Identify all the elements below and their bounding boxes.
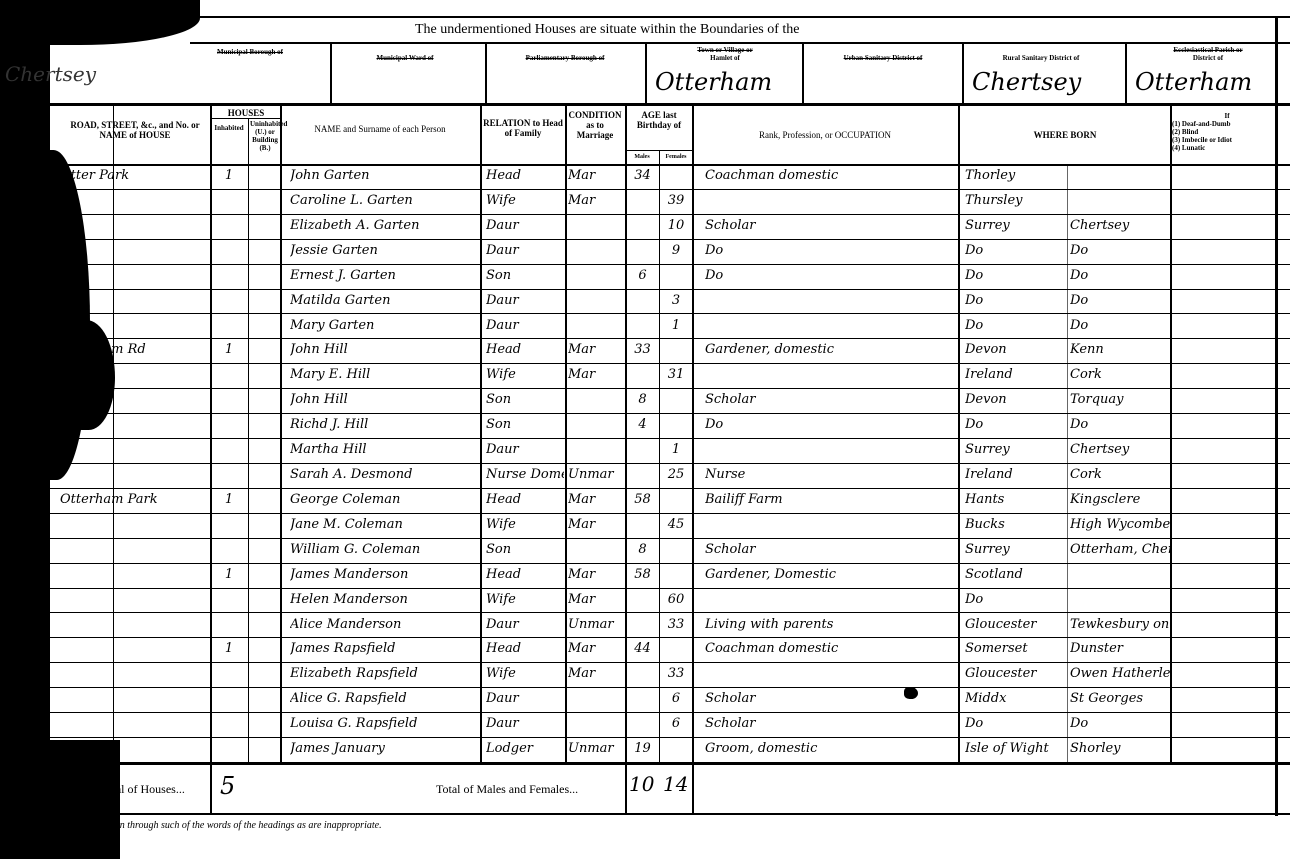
col-header-name: NAME and Surname of each Person [290,124,470,134]
census-rows: Otter Park 1 John Garten Head Mar 34 Coa… [0,165,1275,763]
inhabited-cell: 1 [212,339,246,361]
born-county-cell: Devon [965,339,1065,361]
female-age-cell: 45 [660,514,692,536]
census-row: 1 James Rapsfield Head Mar 44 Coachman d… [0,638,1275,663]
name-cell: Elizabeth Rapsfield [290,663,480,685]
occupation-cell: Scholar [705,389,955,411]
district-ecclesiastical-value: Otterham [1135,68,1285,96]
born-county-cell: Do [965,589,1065,611]
name-cell: John Garten [290,165,480,187]
name-cell: Louisa G. Rapsfield [290,713,480,735]
census-row: John Hill Son 8 Scholar Devon Torquay [0,389,1275,414]
female-age-cell: 6 [660,713,692,735]
occupation-cell: Coachman domestic [705,638,955,660]
born-county-cell: Thursley [965,190,1065,212]
name-cell: John Hill [290,389,480,411]
census-row: Otterham Rd 1 John Hill Head Mar 33 Gard… [0,339,1275,364]
occupation-cell: Scholar [705,215,955,237]
district-hamlet-value: Otterham [655,68,795,96]
female-age-cell: 60 [660,589,692,611]
road-cell: Otterham Rd [60,339,208,361]
inhabited-cell: 1 [212,489,246,511]
census-row: Louisa G. Rapsfield Daur 6 Scholar Do Do [0,713,1275,738]
district-civil-parish-label: Municipal Borough of [190,48,310,56]
census-row: Sarah A. Desmond Nurse Domestic Unmar 25… [0,464,1275,489]
born-parish-cell: Do [1070,265,1170,287]
born-county-cell: Ireland [965,464,1065,486]
born-county-cell: Gloucester [965,614,1065,636]
name-cell: Jane M. Coleman [290,514,480,536]
col-header-occupation: Rank, Profession, or OCCUPATION [700,130,950,140]
relation-cell: Wife [486,589,564,611]
census-row: Jessie Garten Daur 9 Do Do Do [0,240,1275,265]
born-county-cell: Isle of Wight [965,738,1065,760]
name-cell: Alice G. Rapsfield [290,688,480,710]
relation-cell: Wife [486,663,564,685]
col-header-uninhabited: Uninhabited (U.) or Building (B.) [250,120,280,152]
condition-cell: Mar [568,364,624,386]
born-county-cell: Scotland [965,564,1065,586]
col-header-road: ROAD, STREET, &c., and No. or NAME of HO… [60,120,210,140]
relation-cell: Daur [486,240,564,262]
born-county-cell: Do [965,240,1065,262]
occupation-cell: Do [705,414,955,436]
district-rural-sanitary-value: Chertsey [972,68,1102,96]
road-cell: Otterham Park [60,489,208,511]
census-row: Helen Manderson Wife Mar 60 Do [0,589,1275,614]
born-parish-cell: Torquay [1070,389,1170,411]
relation-cell: Head [486,165,564,187]
relation-cell: Son [486,265,564,287]
relation-cell: Son [486,389,564,411]
district-rural-sanitary-label: Rural Sanitary District of [966,54,1116,62]
occupation-cell: Coachman domestic [705,165,955,187]
female-age-cell: 25 [660,464,692,486]
census-row: James January Lodger Unmar 19 Groom, dom… [0,738,1275,763]
occupation-cell: Nurse [705,464,955,486]
col-header-age: AGE last Birthday of [628,110,690,130]
male-age-cell: 58 [626,489,659,511]
occupation-cell: Gardener, domestic [705,339,955,361]
district-hamlet-label: Town or Village or Hamlet of [650,46,800,62]
born-parish-cell: Otterham, Chertsey [1070,539,1170,561]
name-cell: Jessie Garten [290,240,480,262]
born-county-cell: Thorley [965,165,1065,187]
relation-cell: Daur [486,713,564,735]
census-row: Otterham Park 1 George Coleman Head Mar … [0,489,1275,514]
condition-cell: Mar [568,663,624,685]
female-age-cell: 3 [660,290,692,312]
relation-cell: Head [486,564,564,586]
condition-cell: Unmar [568,738,624,760]
born-county-cell: Do [965,290,1065,312]
condition-cell: Unmar [568,614,624,636]
condition-cell: Mar [568,514,624,536]
female-age-cell: 1 [660,439,692,461]
name-cell: Sarah A. Desmond [290,464,480,486]
census-row: Elizabeth Rapsfield Wife Mar 33 Gloucest… [0,663,1275,688]
born-county-cell: Somerset [965,638,1065,660]
born-county-cell: Middx [965,688,1065,710]
born-parish-cell: Do [1070,315,1170,337]
born-parish-cell: Kenn [1070,339,1170,361]
born-parish-cell: Do [1070,713,1170,735]
born-county-cell: Surrey [965,539,1065,561]
born-county-cell: Surrey [965,439,1065,461]
census-row: Ernest J. Garten Son 6 Do Do Do [0,265,1275,290]
census-row: 1 James Manderson Head Mar 58 Gardener, … [0,564,1275,589]
banner-title: The undermentioned Houses are situate wi… [415,22,915,38]
male-age-cell: 34 [626,165,659,187]
col-header-infirmity: If (1) Deaf-and-Dumb (2) Blind (3) Imbec… [1172,112,1282,152]
born-parish-cell: High Wycombe [1070,514,1170,536]
relation-cell: Son [486,414,564,436]
name-cell: James Manderson [290,564,480,586]
col-header-houses: HOUSES [212,108,280,118]
relation-cell: Son [486,539,564,561]
district-municipal-ward-label: Municipal Ward of [340,54,470,62]
damage-stain [0,0,200,45]
name-cell: Ernest J. Garten [290,265,480,287]
census-row: Elizabeth A. Garten Daur 10 Scholar Surr… [0,215,1275,240]
born-parish-cell: Cork [1070,364,1170,386]
census-row: Mary Garten Daur 1 Do Do [0,315,1275,340]
name-cell: Helen Manderson [290,589,480,611]
occupation-cell: Scholar [705,539,955,561]
male-age-cell: 8 [626,389,659,411]
born-county-cell: Do [965,713,1065,735]
female-age-cell: 33 [660,663,692,685]
relation-cell: Daur [486,315,564,337]
occupation-cell: Living with parents [705,614,955,636]
born-county-cell: Surrey [965,215,1065,237]
name-cell: William G. Coleman [290,539,480,561]
relation-cell: Head [486,489,564,511]
born-parish-cell: Chertsey [1070,215,1170,237]
born-parish-cell: Owen Hatherley [1070,663,1170,685]
condition-cell: Mar [568,564,624,586]
census-row: William G. Coleman Son 8 Scholar Surrey … [0,539,1275,564]
relation-cell: Daur [486,290,564,312]
condition-cell: Mar [568,190,624,212]
born-parish-cell: Chertsey [1070,439,1170,461]
census-page: The undermentioned Houses are situate wi… [0,0,1304,859]
male-age-cell: 19 [626,738,659,760]
census-row: Caroline L. Garten Wife Mar 39 Thursley [0,190,1275,215]
female-age-cell: 9 [660,240,692,262]
footer-note: Note.—Draw the pen through such of the w… [40,820,382,831]
born-parish-cell: Do [1070,290,1170,312]
col-header-relation: RELATION to Head of Family [482,118,564,138]
district-civil-parish-value: Chertsey [5,62,175,86]
born-county-cell: Bucks [965,514,1065,536]
relation-cell: Daur [486,688,564,710]
total-houses-label: Total of Houses... [100,782,185,797]
born-county-cell: Hants [965,489,1065,511]
total-males-value: 10 [629,772,654,796]
census-row: Alice G. Rapsfield Daur 6 Scholar Middx … [0,688,1275,713]
born-parish-cell: Do [1070,240,1170,262]
female-age-cell: 31 [660,364,692,386]
name-cell: John Hill [290,339,480,361]
col-header-inhabited: Inhabited [212,124,246,132]
total-houses-value: 5 [220,772,235,800]
name-cell: Mary Garten [290,315,480,337]
inhabited-cell: 1 [212,165,246,187]
census-row: Alice Manderson Daur Unmar 33 Living wit… [0,614,1275,639]
born-county-cell: Do [965,315,1065,337]
district-parliamentary-borough-label: Parliamentary Borough of [490,54,640,62]
census-row: Mary E. Hill Wife Mar 31 Ireland Cork [0,364,1275,389]
female-age-cell: 10 [660,215,692,237]
name-cell: James Rapsfield [290,638,480,660]
born-parish-cell: Shorley [1070,738,1170,760]
district-urban-sanitary-label: Urban Sanitary District of [808,54,958,62]
condition-cell: Mar [568,589,624,611]
born-county-cell: Do [965,265,1065,287]
relation-cell: Wife [486,364,564,386]
occupation-cell: Scholar [705,688,955,710]
relation-cell: Head [486,339,564,361]
inhabited-cell: 1 [212,638,246,660]
name-cell: Elizabeth A. Garten [290,215,480,237]
col-header-females: Females [660,153,692,161]
condition-cell: Mar [568,638,624,660]
name-cell: George Coleman [290,489,480,511]
road-cell: Otter Park [60,165,208,187]
condition-cell: Mar [568,165,624,187]
relation-cell: Daur [486,215,564,237]
born-parish-cell: Kingsclere [1070,489,1170,511]
col-header-condition: CONDITION as to Marriage [567,110,623,140]
male-age-cell: 6 [626,265,659,287]
district-ecclesiastical-label: Ecclesiastical Parish or District of [1128,46,1288,62]
occupation-cell: Groom, domestic [705,738,955,760]
relation-cell: Head [486,638,564,660]
female-age-cell: 1 [660,315,692,337]
born-parish-cell: St Georges [1070,688,1170,710]
born-parish-cell: Dunster [1070,638,1170,660]
relation-cell: Nurse Domestic [486,464,564,486]
census-row: Martha Hill Daur 1 Surrey Chertsey [0,439,1275,464]
born-county-cell: Do [965,414,1065,436]
census-row: Jane M. Coleman Wife Mar 45 Bucks High W… [0,514,1275,539]
name-cell: Mary E. Hill [290,364,480,386]
female-age-cell: 6 [660,688,692,710]
born-parish-cell: Cork [1070,464,1170,486]
name-cell: James January [290,738,480,760]
female-age-cell: 39 [660,190,692,212]
born-county-cell: Ireland [965,364,1065,386]
census-row: Richd J. Hill Son 4 Do Do Do [0,414,1275,439]
name-cell: Martha Hill [290,439,480,461]
relation-cell: Wife [486,514,564,536]
total-persons-label: Total of Males and Females... [436,782,578,797]
relation-cell: Wife [486,190,564,212]
name-cell: Alice Manderson [290,614,480,636]
col-header-where-born: WHERE BORN [960,130,1170,140]
name-cell: Caroline L. Garten [290,190,480,212]
male-age-cell: 33 [626,339,659,361]
female-age-cell: 33 [660,614,692,636]
name-cell: Matilda Garten [290,290,480,312]
occupation-cell: Do [705,240,955,262]
male-age-cell: 4 [626,414,659,436]
inhabited-cell: 1 [212,564,246,586]
total-females-value: 14 [663,772,688,796]
occupation-cell: Do [705,265,955,287]
relation-cell: Daur [486,614,564,636]
male-age-cell: 8 [626,539,659,561]
relation-cell: Daur [486,439,564,461]
census-row: Matilda Garten Daur 3 Do Do [0,290,1275,315]
name-cell: Richd J. Hill [290,414,480,436]
male-age-cell: 58 [626,564,659,586]
relation-cell: Lodger [486,738,564,760]
col-header-males: Males [626,153,658,161]
born-county-cell: Gloucester [965,663,1065,685]
condition-cell: Unmar [568,464,624,486]
male-age-cell: 44 [626,638,659,660]
born-county-cell: Devon [965,389,1065,411]
born-parish-cell: Do [1070,414,1170,436]
condition-cell: Mar [568,339,624,361]
condition-cell: Mar [568,489,624,511]
occupation-cell: Bailiff Farm [705,489,955,511]
occupation-cell: Scholar [705,713,955,735]
born-parish-cell: Tewkesbury on Lyne [1070,614,1170,636]
occupation-cell: Gardener, Domestic [705,564,955,586]
census-row: Otter Park 1 John Garten Head Mar 34 Coa… [0,165,1275,190]
